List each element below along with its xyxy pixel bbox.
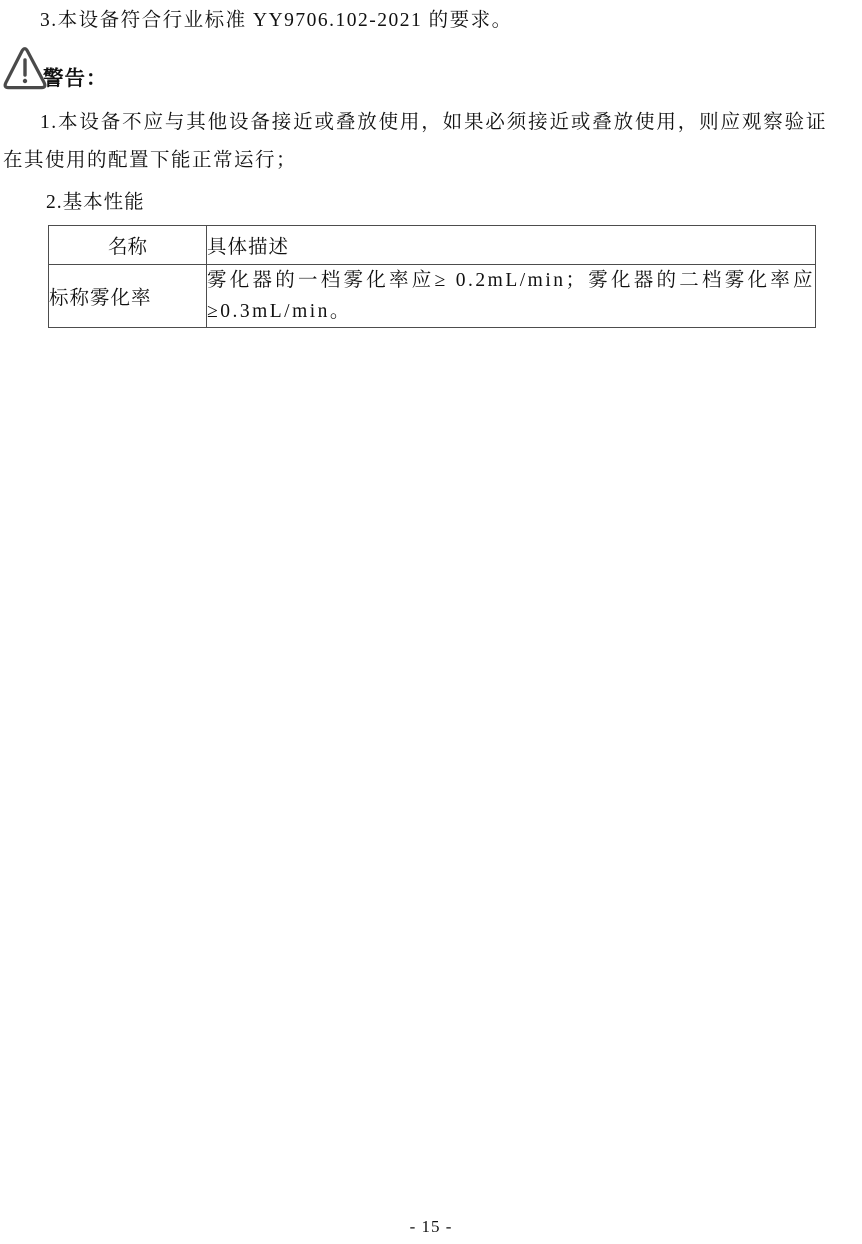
document-page: 3.本设备符合行业标准 YY9706.102-2021 的要求。 警告： 1.本… xyxy=(0,0,862,1244)
table-cell-name: 标称雾化率 xyxy=(49,265,207,328)
table-header-description: 具体描述 xyxy=(207,226,816,265)
warning-icon xyxy=(3,46,47,92)
warning-label: 警告： xyxy=(43,68,108,90)
warning-heading: 警告： xyxy=(3,46,859,92)
compliance-statement: 3.本设备符合行业标准 YY9706.102-2021 的要求。 xyxy=(3,7,859,34)
table-cell-description: 雾化器的一档雾化率应≥ 0.2mL/min；雾化器的二档雾化率应≥0.3mL/m… xyxy=(207,265,816,328)
page-number: - 15 - xyxy=(0,1217,862,1237)
table-row-nominal-nebulization-rate: 标称雾化率 雾化器的一档雾化率应≥ 0.2mL/min；雾化器的二档雾化率应≥0… xyxy=(49,265,816,328)
warning-item-1: 1.本设备不应与其他设备接近或叠放使用，如果必须接近或叠放使用，则应观察验证在其… xyxy=(3,104,827,180)
performance-table: 名称 具体描述 标称雾化率 雾化器的一档雾化率应≥ 0.2mL/min；雾化器的… xyxy=(48,225,816,328)
table-header-row: 名称 具体描述 xyxy=(49,226,816,265)
table-header-name: 名称 xyxy=(49,226,207,265)
section-heading-basic-performance: 2.基本性能 xyxy=(46,186,859,214)
